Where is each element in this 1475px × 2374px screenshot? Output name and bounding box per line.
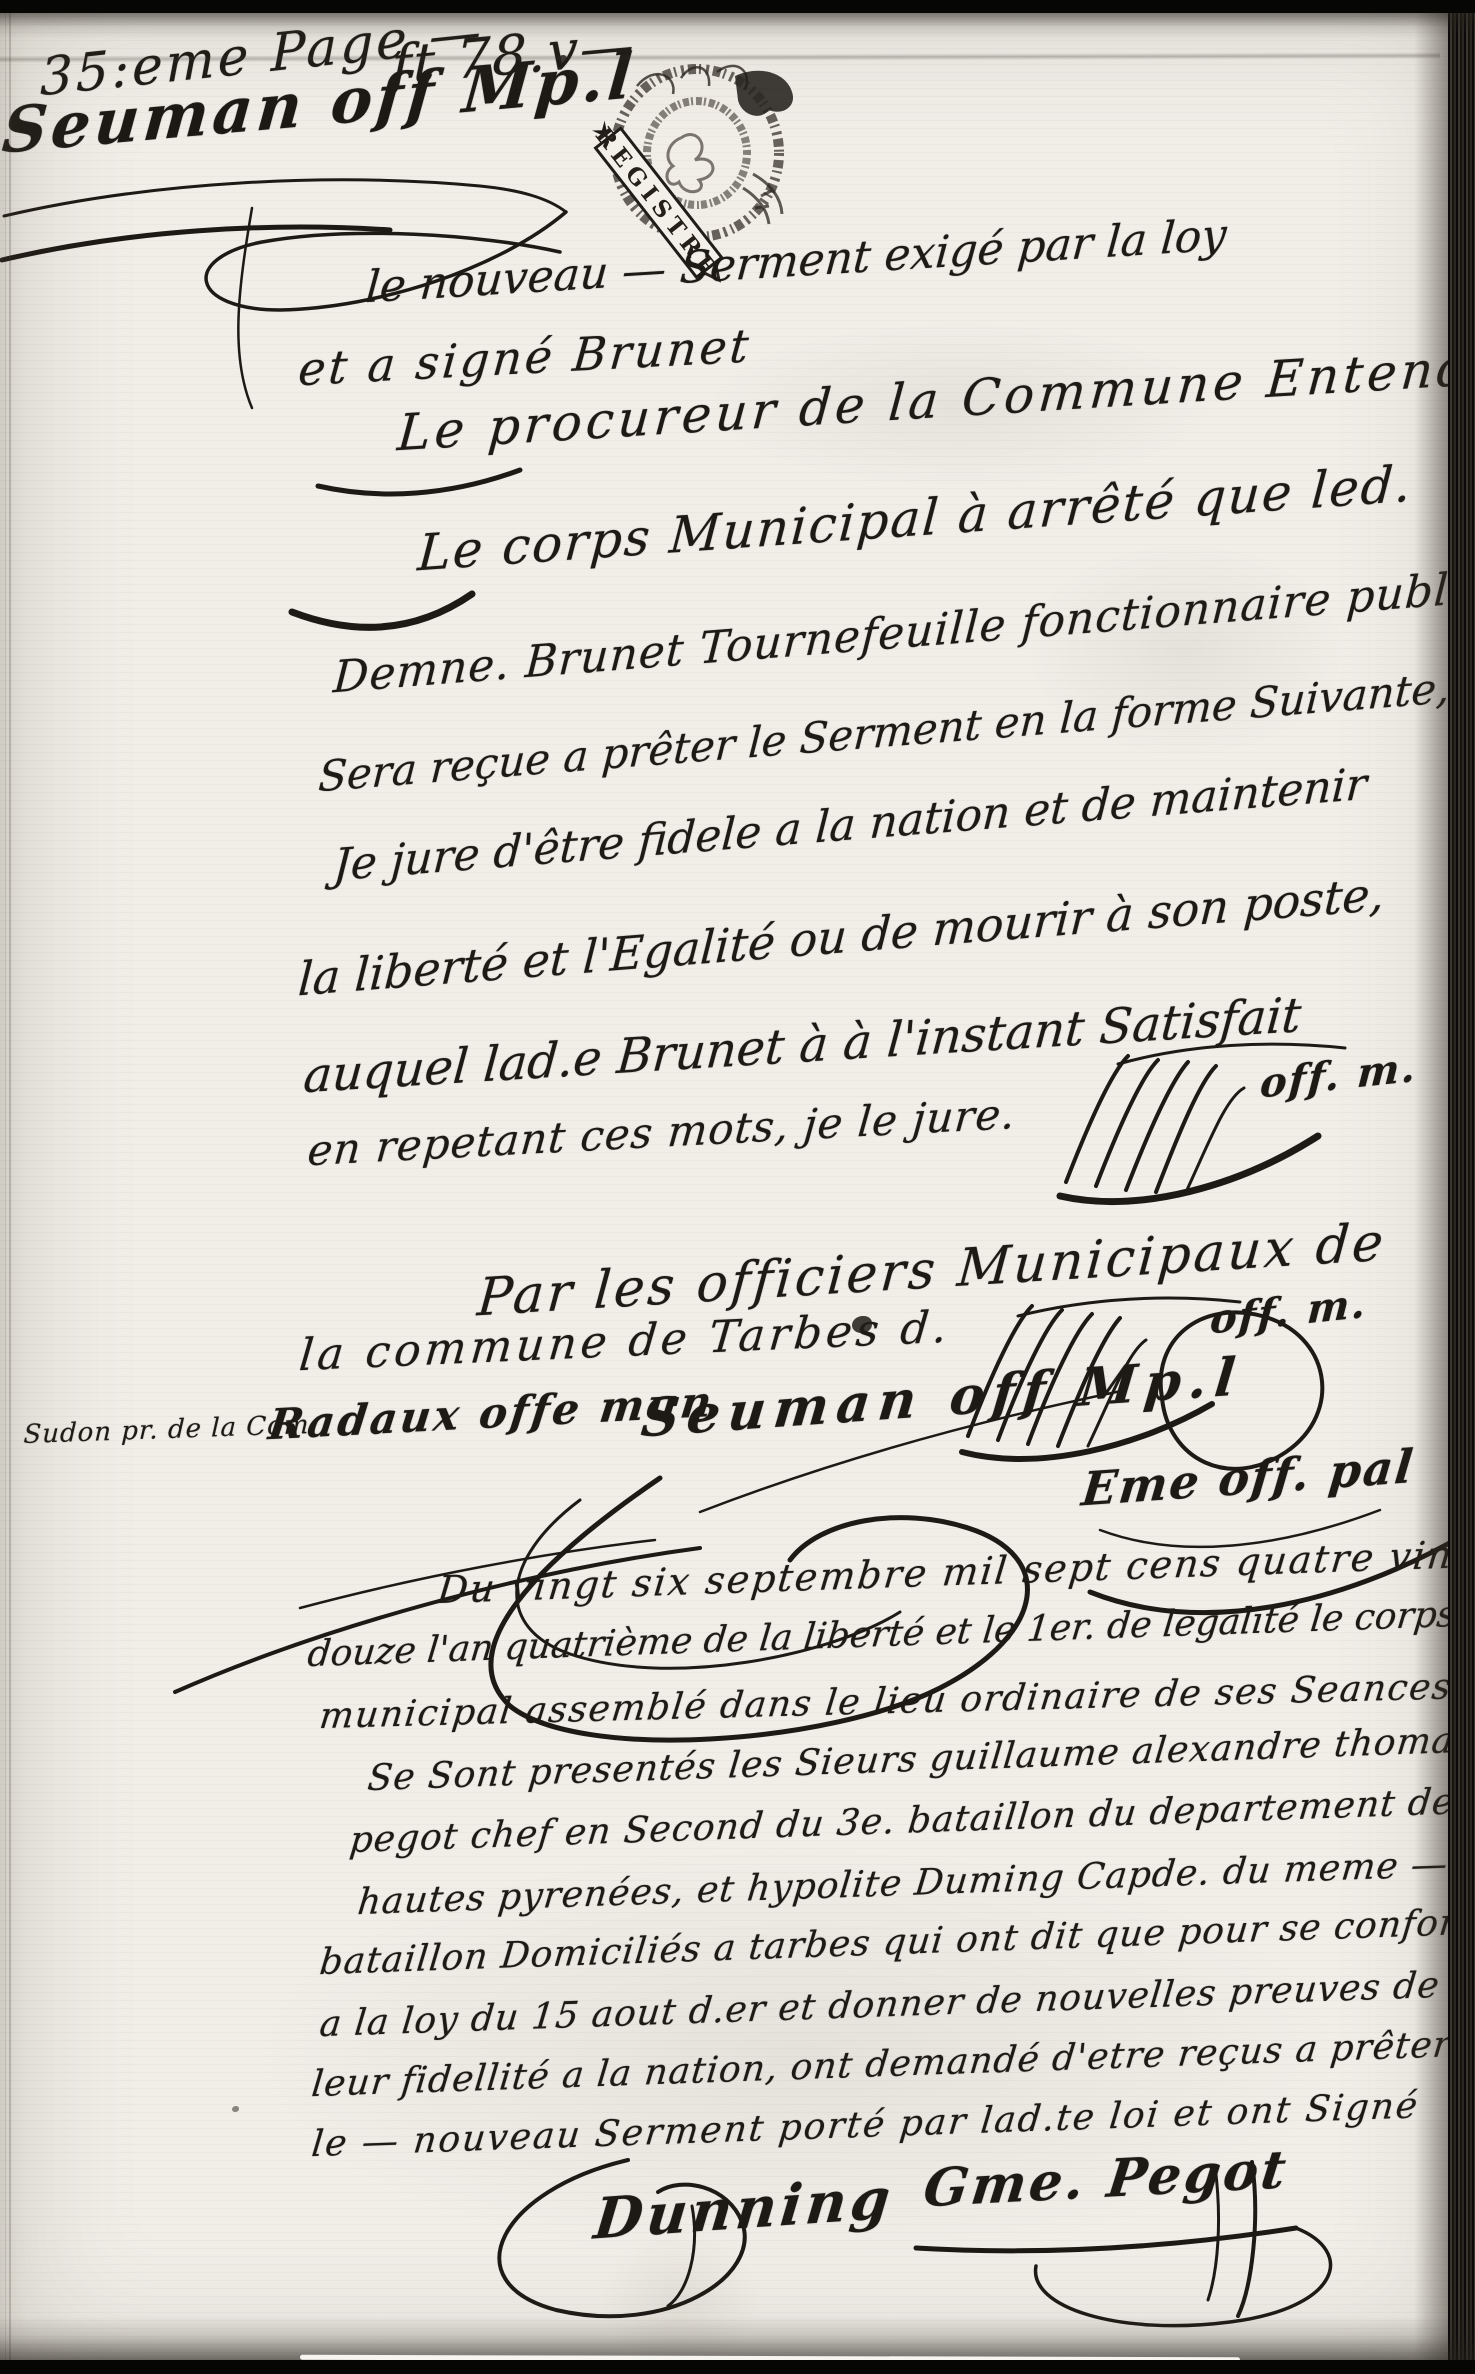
header-signature-flourish	[2, 180, 566, 408]
oath-officer-scrawl-1	[1060, 1044, 1345, 1201]
officer-row-paraphs	[175, 1312, 1462, 1740]
oath-officer-scrawl-2	[700, 1298, 1240, 1512]
scan-edge-top-shadow	[0, 13, 1475, 39]
scan-edge-top	[0, 0, 1475, 13]
page-fold-crease	[9, 0, 11, 2374]
paragraph-swashes	[292, 470, 520, 627]
book-binding-edge	[1448, 0, 1475, 2374]
scan-edge-bottom-shadow	[0, 2316, 1475, 2360]
gutter-shadow	[1414, 0, 1448, 2374]
page-fold-crease	[5, 0, 6, 2374]
dunning-paraph	[499, 2160, 744, 2316]
signature-flourishes	[0, 0, 1475, 2374]
manuscript-page: 35:eme Page — ft 78.v— Seuman off Mp.l R…	[0, 0, 1475, 2374]
pegot-paraph	[916, 2162, 1330, 2326]
scan-edge-bottom	[0, 2360, 1475, 2374]
